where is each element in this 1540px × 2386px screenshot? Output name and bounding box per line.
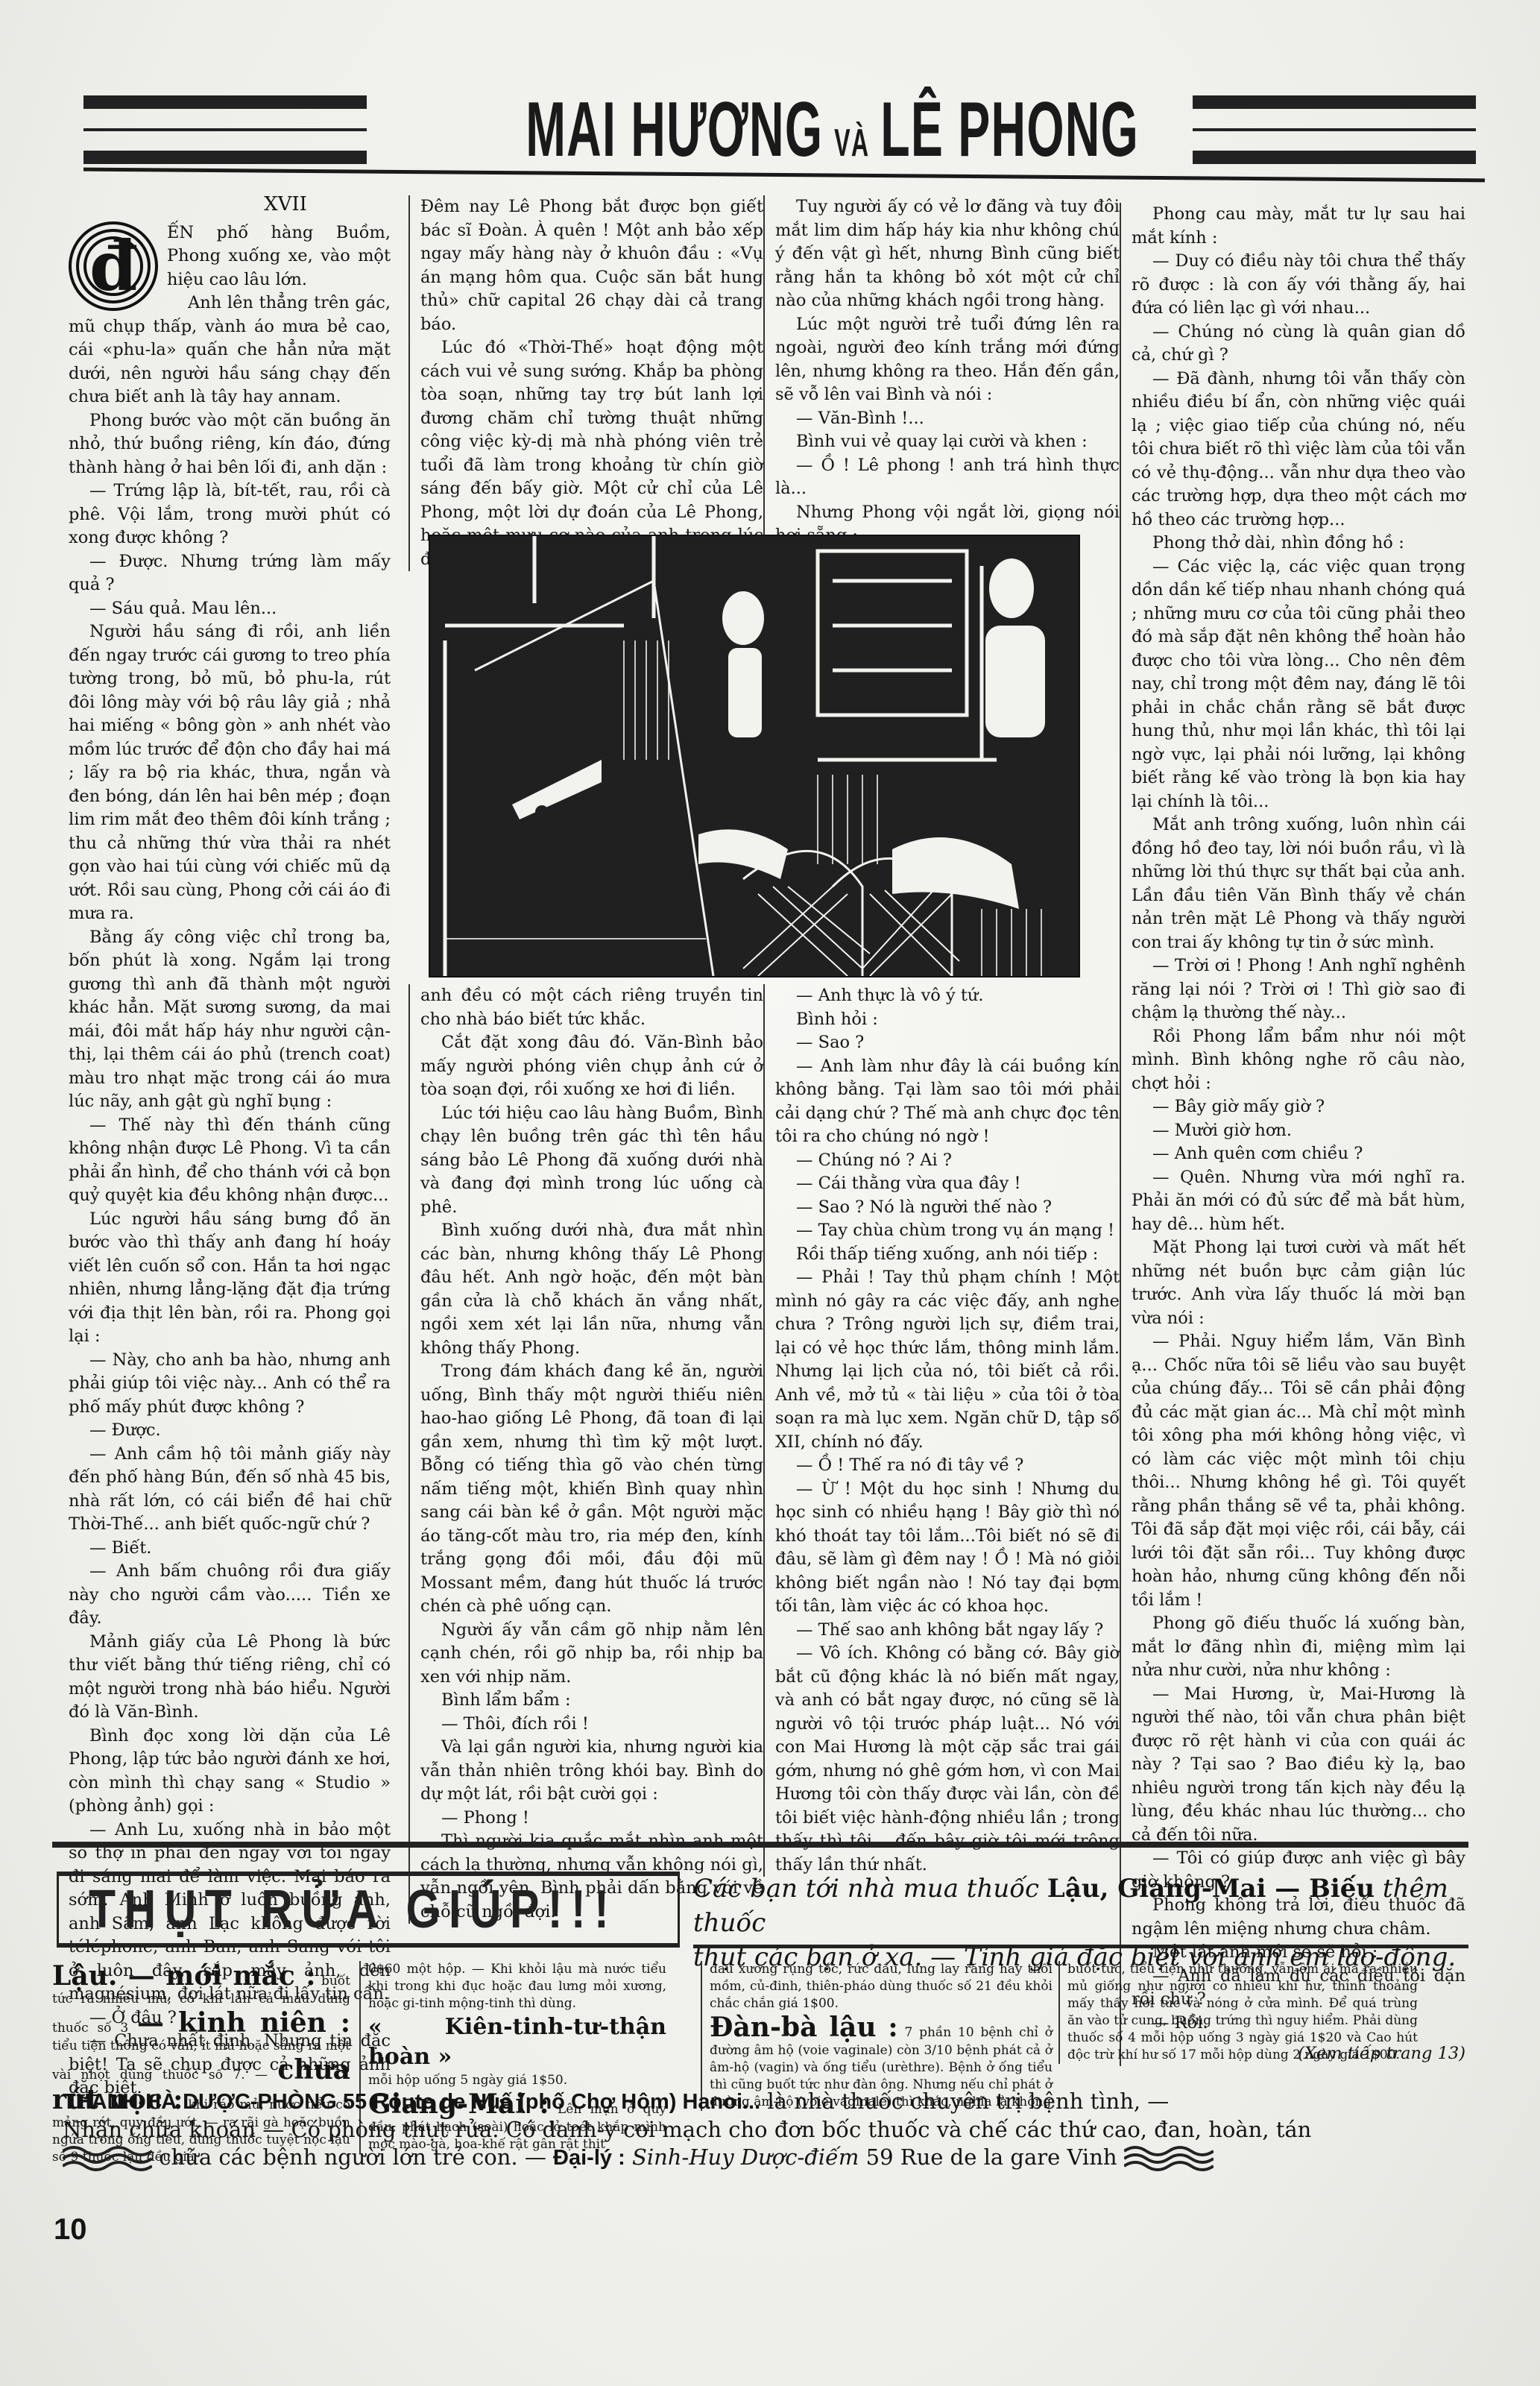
newspaper-page: MAI HƯƠNGVÀLÊ PHONG XVII đ ẾN phố hàng B… (0, 0, 1540, 2386)
title-connector: VÀ (834, 122, 869, 165)
ad-heading: Đàn-bà lậu : (710, 2012, 898, 2043)
wave-ornament-icon (1124, 2144, 1214, 2173)
ad-text: 0$60 một hộp. — Khi khỏi lậu mà nước tiể… (368, 1962, 666, 2011)
paragraph: — Văn-Bình !... (775, 407, 1120, 431)
restaurant-scene-icon (430, 536, 1079, 976)
paragraph: Phong cau mày, mắt tư lự sau hai mắt kín… (1132, 203, 1465, 250)
article-column-2-top: Đêm nay Lê Phong bắt được bọn giết bác s… (408, 195, 763, 571)
title-part-1: MAI HƯƠNG (526, 86, 823, 173)
paragraph: Bình hỏi : (775, 1008, 1120, 1032)
page-number: 10 (54, 2213, 87, 2247)
paragraph: — Bây giờ mấy giờ ? (1132, 1095, 1465, 1119)
paragraph: Đêm nay Lê Phong bắt được bọn giết bác s… (420, 195, 763, 336)
paragraph: — Thế này thì đến thánh cũng không nhận … (69, 1114, 391, 1208)
paragraph: Mảnh giấy của Lê Phong là bức thư viết b… (69, 1631, 391, 1725)
article-column-3-top: Tuy người ấy có vẻ lơ đãng và tuy đôi mắ… (763, 195, 1120, 548)
paragraph: Bằng ấy công việc chỉ trong ba, bốn phút… (69, 926, 391, 1114)
paragraph: — Mai Hương, ừ, Mai-Hương là người thế n… (1132, 1683, 1465, 1848)
tagline-text: Các bạn tới nhà mua thuốc (693, 1874, 1039, 1904)
paragraph: anh đều có một cách riêng truyền tin cho… (420, 984, 763, 1031)
paragraph: — Sao ? (775, 1031, 1120, 1055)
paragraph: Người ấy vẫn cầm gõ nhịp nằm lên cạnh ch… (420, 1619, 763, 1690)
decorative-bars-left (83, 89, 367, 164)
dropcap-letter: đ (89, 232, 137, 300)
paragraph: — Anh thực là vô ý tứ. (775, 984, 1120, 1008)
ad-footer-text: là nhà thuốc chuyên trị bệnh tình, — (767, 2088, 1169, 2114)
article-column-3-bottom: — Anh thực là vô ý tứ. Bình hỏi : — Sao … (763, 984, 1120, 1877)
ad-text: đau xương rụng tóc, rức đầu, lung lay ră… (710, 1962, 1053, 2011)
agent-label: Đại-lý : (553, 2146, 625, 2170)
paragraph: — Trời ơi ! Phong ! Anh nghĩ nghênh răng… (1132, 954, 1465, 1025)
chapter-number: XVII (180, 193, 391, 217)
paragraph: Cắt đặt xong đâu đó. Văn-Bình bảo mấy ng… (420, 1031, 763, 1102)
agent-name: Sinh-Huy Dược-điếm (632, 2144, 859, 2170)
agent-address: 59 Rue de la gare Vinh (866, 2144, 1117, 2170)
ad-banner-text: THỤT RỬA GIÚP!!! (89, 1879, 617, 1940)
wave-ornament-icon (63, 2144, 152, 2173)
ad-footer-text: Nhận chữa khoán — Có phòng thụt rửa. Có … (63, 2117, 1311, 2142)
paragraph: — Tay chùa chùm trong vụ án mạng ! (775, 1219, 1120, 1243)
ad-top-rule (52, 1842, 1468, 1848)
paragraph: Phong thở dài, nhìn đồng hồ : (1132, 532, 1465, 555)
paragraph: — Trứng lập là, bít-tết, rau, rồi cà phê… (69, 479, 391, 550)
paragraph: — Thôi, đích rồi ! (420, 1713, 763, 1737)
article-column-1: XVII đ ẾN phố hàng Buồm, Phong xuống xe,… (69, 190, 391, 2100)
ad-heading: Lậu. — mới mắc : (52, 1960, 316, 1992)
decorative-bars-right (1193, 89, 1476, 164)
ad-column-4: buốt tức, tiểu tiện như thường, vẫn êm á… (1058, 1961, 1418, 2064)
ad-banner: THỤT RỬA GIÚP!!! (57, 1872, 680, 1948)
page-title: MAI HƯƠNGVÀLÊ PHONG (526, 89, 1025, 170)
dropcap-ornament-icon: đ (69, 221, 158, 311)
pharmacy-advertisement: THỤT RỬA GIÚP!!! Các bạn tới nhà mua thu… (52, 1842, 1468, 2155)
ad-tagline: Các bạn tới nhà mua thuốc Lậu, Giang-Mai… (693, 1872, 1468, 1974)
paragraph: Lúc tới hiệu cao lâu hàng Buồm, Bình chạ… (420, 1102, 763, 1220)
paragraph: Bình xuống dưới nhà, đưa mắt nhìn các bà… (420, 1219, 763, 1360)
paragraph: — Anh bấm chuông rồi đưa giấy này cho ng… (69, 1560, 391, 1631)
woodcut-illustration (429, 535, 1080, 978)
paragraph: Phong gõ điếu thuốc lá xuống bàn, mắt lơ… (1132, 1612, 1465, 1683)
paragraph: — Được. (69, 1419, 391, 1443)
paragraph: — Cái thằng vừa qua đây ! (775, 1172, 1120, 1196)
ad-footer-text: chữa các bệnh người lớn trẻ con. — (159, 2144, 546, 2170)
paragraph: — Các việc lạ, các việc quan trọng dồn d… (1132, 555, 1465, 814)
paragraph: Bình lẩm bẩm : (420, 1689, 763, 1713)
paragraph: Phong bước vào một căn buồng ăn nhỏ, thứ… (69, 409, 391, 480)
article-column-2-bottom: anh đều có một cách riêng truyền tin cho… (408, 984, 763, 1924)
paragraph: Người hầu sáng đi rồi, anh liền đến ngay… (69, 620, 391, 926)
paragraph: — Này, cho anh ba hào, nhưng anh phải gi… (69, 1349, 391, 1420)
paragraph: — Đã đành, nhưng tôi vẫn thấy còn nhiều … (1132, 368, 1465, 532)
paragraph: — Quên. Nhưng vừa mới nghĩ ra. Phải ăn m… (1132, 1166, 1465, 1237)
paragraph: Rồi Phong lẩm bẩm như nói một mình. Bình… (1132, 1025, 1465, 1096)
ad-tagline-rule (693, 1945, 1468, 1948)
paragraph: Lúc người hầu sáng bưng đồ ăn bước vào t… (69, 1208, 391, 1349)
ad-heading: — kinh niên : (137, 2007, 350, 2039)
paragraph: — Ừ ! Một du học sinh ! Nhưng du học sin… (775, 1478, 1120, 1619)
paragraph: — Anh quên cơm chiều ? (1132, 1142, 1465, 1166)
paragraph: — Ồ ! Lê phong ! anh trá hình thực là... (775, 454, 1120, 501)
paragraph: — Biết. (69, 1537, 391, 1561)
paragraph: — Sáu quả. Mau lên... (69, 597, 391, 621)
paragraph: — Mười giờ hơn. (1132, 1119, 1465, 1143)
paragraph: — Duy có điều này tôi chưa thể thấy rõ đ… (1132, 250, 1465, 321)
pharmacy-name: THANH-HÀ DƯỢC-PHÒNG 55 Route de Huế (phố… (63, 2090, 760, 2114)
paragraph: Và lại gần người kia, nhưng người kia vẫ… (420, 1736, 763, 1807)
ad-text: mỗi hộp uống 5 ngày giá 1$50. (368, 2073, 567, 2088)
paragraph: — Được. Nhưng trứng làm mấy quả ? (69, 550, 391, 597)
tagline-bold: Lậu, Giang-Mai — Biếu (1047, 1874, 1375, 1904)
ad-heading: « Kiên-tinh-tư-thận hoàn » (368, 2014, 666, 2070)
paragraph: Bình vui vẻ quay lại cười và khen : (775, 430, 1120, 454)
paragraph: Bình đọc xong lời dặn của Lê Phong, lập … (69, 1725, 391, 1819)
paragraph: Lúc một người trẻ tuổi đứng lên ra ngoài… (775, 313, 1120, 407)
paragraph: Mặt Phong lại tươi cười và mất hết những… (1132, 1236, 1465, 1330)
paragraph: — Chúng nó ? Ai ? (775, 1149, 1120, 1173)
paragraph: Mắt anh trông xuống, luôn nhìn cái đồng … (1132, 813, 1465, 954)
paragraph: — Phong ! (420, 1807, 763, 1831)
paragraph: Tuy người ấy có vẻ lơ đãng và tuy đôi mắ… (775, 195, 1120, 313)
paragraph: — Ồ ! Thế ra nó đi tây về ? (775, 1454, 1120, 1478)
paragraph: Trong đám khách đang kề ăn, người uống, … (420, 1360, 763, 1619)
paragraph: — Anh cầm hộ tôi mảnh giấy này đến phố h… (69, 1443, 391, 1537)
paragraph: — Thế sao anh không bắt ngay lấy ? (775, 1619, 1120, 1643)
title-part-2: LÊ PHONG (880, 86, 1139, 173)
paragraph: — Anh làm như đây là cái buồng kín không… (775, 1055, 1120, 1149)
ad-footer: THANH-HÀ DƯỢC-PHÒNG 55 Route de Huế (phố… (63, 2088, 1471, 2173)
ad-text: buốt tức, tiểu tiện như thường, vẫn êm á… (1067, 1962, 1418, 2062)
paragraph: — Phải ! Tay thủ phạm chính ! Một mình n… (775, 1266, 1120, 1454)
paragraph: Rồi thấp tiếng xuống, anh nói tiếp : (775, 1243, 1120, 1267)
paragraph: — Sao ? Nó là người thế nào ? (775, 1196, 1120, 1220)
paragraph: — Phải. Nguy hiểm lắm, Văn Bình ạ... Chố… (1132, 1330, 1465, 1612)
masthead: MAI HƯƠNGVÀLÊ PHONG (60, 89, 1476, 171)
article-column-4: Phong cau mày, mắt tư lự sau hai mắt kín… (1120, 203, 1465, 2066)
paragraph: — Chúng nó cùng là quân gian dồ cả, chứ … (1132, 321, 1465, 368)
